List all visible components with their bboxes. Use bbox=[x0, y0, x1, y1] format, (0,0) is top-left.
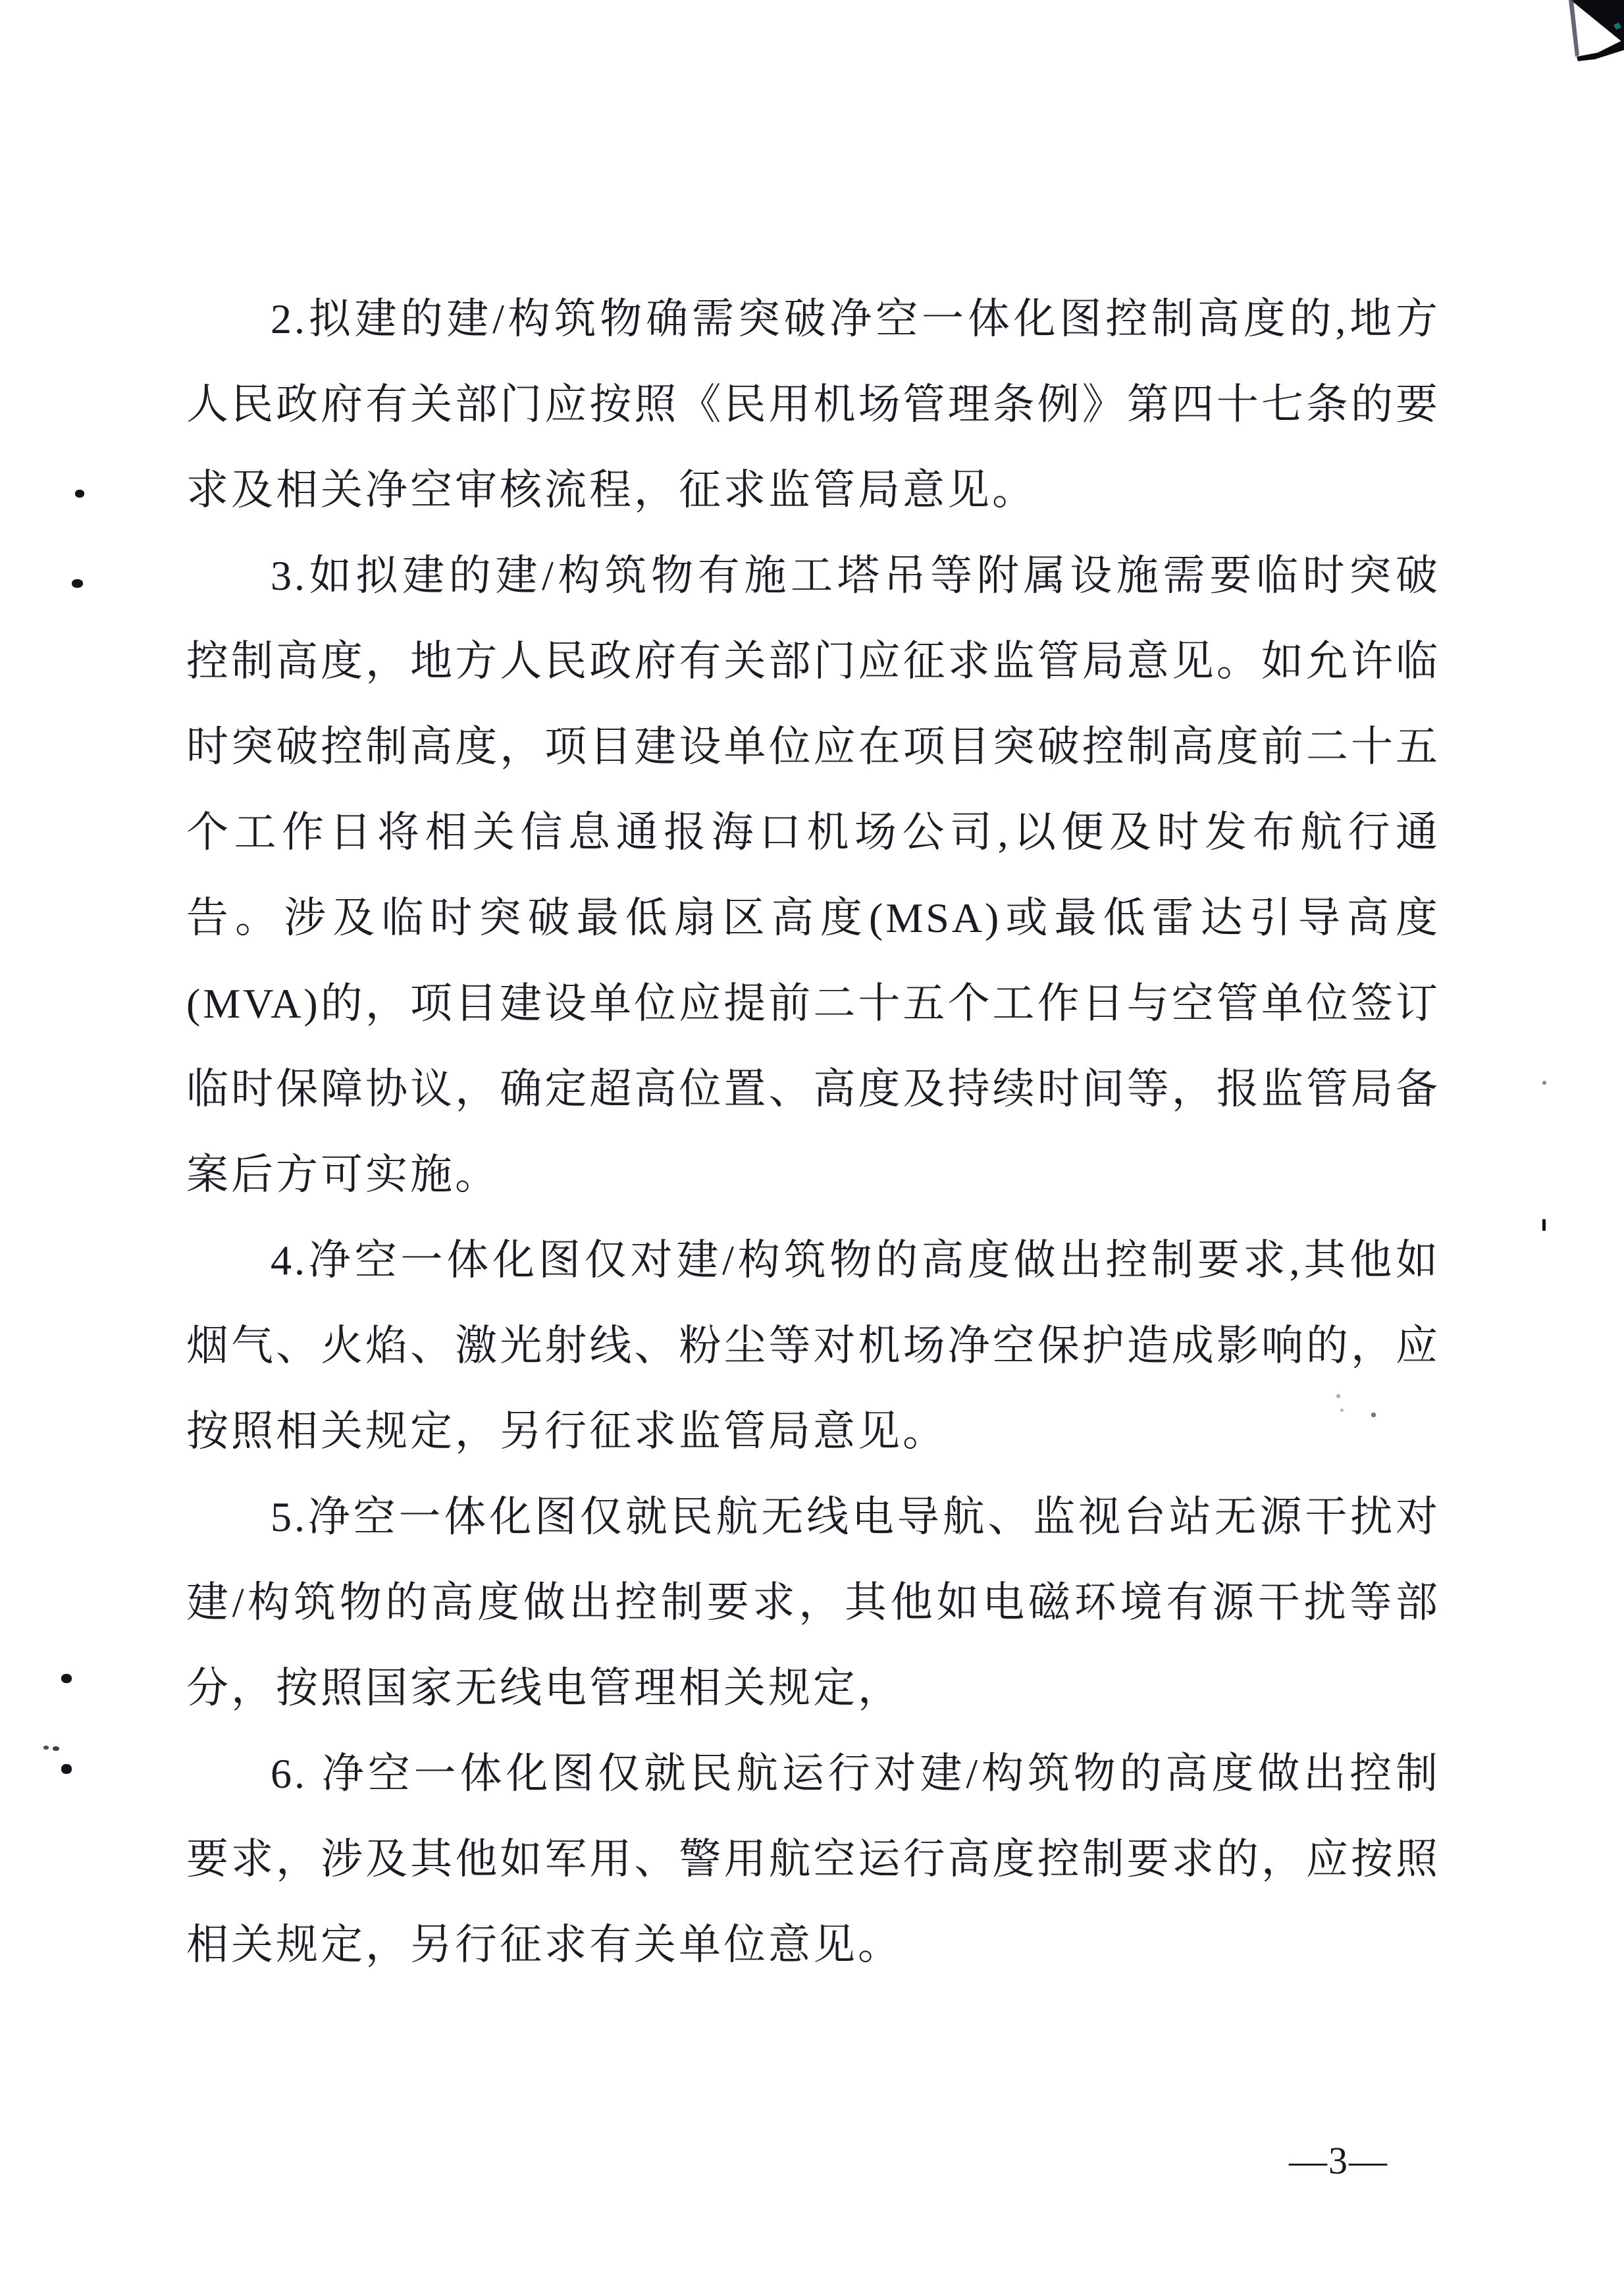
ink-speck bbox=[43, 1746, 49, 1750]
folded-corner-scan-artifact bbox=[1566, 0, 1624, 66]
page-number: —3— bbox=[1289, 2131, 1388, 2191]
scanned-document-page: 2.拟建的建/构筑物确需突破净空一体化图控制高度的,地方人民政府有关部门应按照《… bbox=[0, 0, 1624, 2288]
ink-speck bbox=[1542, 1081, 1546, 1085]
ink-speck bbox=[72, 579, 83, 588]
ink-speck bbox=[1336, 1394, 1340, 1398]
ink-speck bbox=[1371, 1413, 1376, 1417]
ink-speck bbox=[53, 1746, 59, 1751]
ink-speck bbox=[61, 1764, 72, 1774]
paragraph-4: 4.净空一体化图仅对建/构筑物的高度做出控制要求,其他如烟气、火焰、激光射线、粉… bbox=[186, 1218, 1440, 1474]
paragraph-6: 6. 净空一体化图仅就民航运行对建/构筑物的高度做出控制要求，涉及其他如军用、警… bbox=[186, 1731, 1440, 1988]
ink-speck bbox=[61, 1674, 72, 1683]
document-body: 2.拟建的建/构筑物确需突破净空一体化图控制高度的,地方人民政府有关部门应按照《… bbox=[186, 276, 1440, 1988]
ink-speck bbox=[75, 490, 84, 498]
ink-speck bbox=[1542, 1219, 1546, 1231]
paragraph-5: 5.净空一体化图仅就民航无线电导航、监视台站无源干扰对建/构筑物的高度做出控制要… bbox=[186, 1474, 1440, 1731]
paragraph-3: 3.如拟建的建/构筑物有施工塔吊等附属设施需要临时突破控制高度，地方人民政府有关… bbox=[186, 533, 1440, 1218]
paragraph-2: 2.拟建的建/构筑物确需突破净空一体化图控制高度的,地方人民政府有关部门应按照《… bbox=[186, 276, 1440, 533]
ink-speck bbox=[1340, 1409, 1344, 1412]
